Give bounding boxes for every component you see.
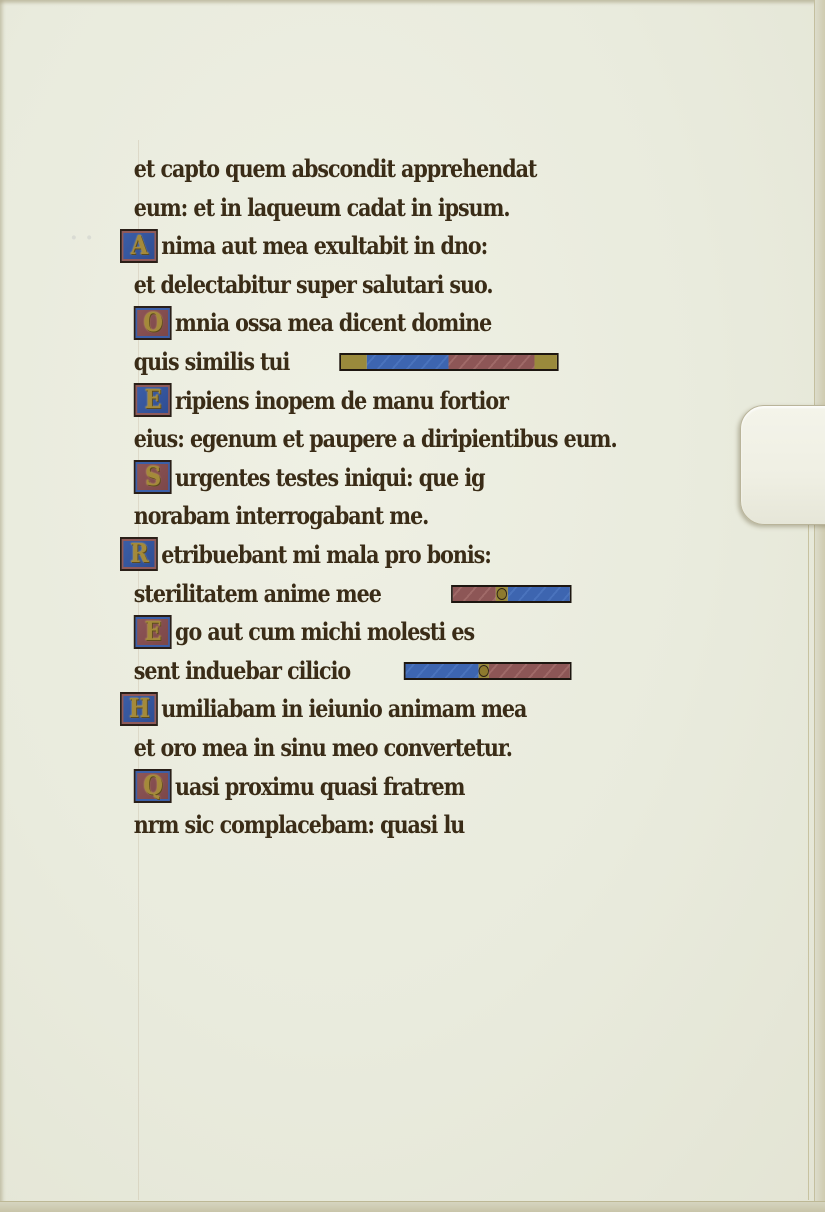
page-fold-line — [808, 520, 809, 1200]
illuminated-initial: S — [134, 460, 172, 494]
line-text: eum: et in laqueum cadat in ipsum. — [134, 189, 510, 228]
text-line: et oro mea in sinu meo convertetur. — [120, 729, 533, 768]
manuscript-page: · · et capto quem abscondit apprehendat … — [0, 0, 825, 1212]
text-line: sent induebar cilicio — [120, 652, 533, 691]
text-line: Quasi proximu quasi fratrem — [120, 768, 533, 807]
line-text: quis similis tui — [134, 343, 290, 382]
line-text: etribuebant mi mala pro bonis: — [161, 536, 491, 575]
line-text: et oro mea in sinu meo convertetur. — [134, 729, 512, 768]
line-text: uasi proximu quasi fratrem — [175, 768, 464, 807]
line-text: norabam interrogabant me. — [134, 497, 429, 536]
text-line: Surgentes testes iniqui: que ig — [120, 459, 533, 498]
page-tab[interactable] — [740, 405, 825, 525]
line-text: mnia ossa mea dicent domine — [175, 304, 491, 343]
illuminated-initial: H — [120, 692, 158, 726]
text-line: eius: egenum et paupere a diripientibus … — [120, 420, 533, 459]
page-edge-bottom — [0, 1201, 825, 1212]
text-line: eum: et in laqueum cadat in ipsum. — [120, 189, 533, 228]
line-text: nrm sic complacebam: quasi lu — [134, 806, 464, 845]
text-line: norabam interrogabant me. — [120, 497, 533, 536]
illuminated-initial: E — [134, 615, 172, 649]
line-text: eius: egenum et paupere a diripientibus … — [134, 420, 617, 459]
text-line: Ego aut cum michi molesti es — [120, 613, 533, 652]
line-filler — [451, 585, 571, 603]
line-text: et delectabitur super salutari suo. — [134, 266, 493, 305]
text-line: et capto quem abscondit apprehendat — [120, 150, 533, 189]
page-edge-right — [814, 0, 825, 1212]
illuminated-initial: Q — [134, 769, 172, 803]
line-text: urgentes testes iniqui: que ig — [175, 459, 485, 498]
line-text: umiliabam in ieiunio animam mea — [161, 690, 526, 729]
line-text: ripiens inopem de manu fortior — [175, 382, 508, 421]
illuminated-initial: R — [120, 537, 158, 571]
text-line: et delectabitur super salutari suo. — [120, 266, 533, 305]
illuminated-initial: A — [120, 229, 158, 263]
line-filler — [404, 662, 572, 680]
text-line: Humiliabam in ieiunio animam mea — [120, 690, 533, 729]
line-text: go aut cum michi molesti es — [175, 613, 474, 652]
line-filler — [339, 353, 558, 371]
line-text: et capto quem abscondit apprehendat — [134, 150, 537, 189]
text-line: Eripiens inopem de manu fortior — [120, 382, 533, 421]
text-line: Retribuebant mi mala pro bonis: — [120, 536, 533, 575]
line-text: sent induebar cilicio — [134, 652, 350, 691]
text-line: nrm sic complacebam: quasi lu — [120, 806, 533, 845]
show-through-text: · · — [70, 225, 93, 251]
text-line: sterilitatem anime mee — [120, 575, 533, 614]
line-text: nima aut mea exultabit in dno: — [161, 227, 487, 266]
text-line: Omnia ossa mea dicent domine — [120, 304, 533, 343]
text-line: quis similis tui — [120, 343, 533, 382]
text-line: Anima aut mea exultabit in dno: — [120, 227, 533, 266]
illuminated-initial: E — [134, 383, 172, 417]
illuminated-initial: O — [134, 306, 172, 340]
line-text: sterilitatem anime mee — [134, 575, 381, 614]
text-block: et capto quem abscondit apprehendat eum:… — [120, 150, 600, 845]
